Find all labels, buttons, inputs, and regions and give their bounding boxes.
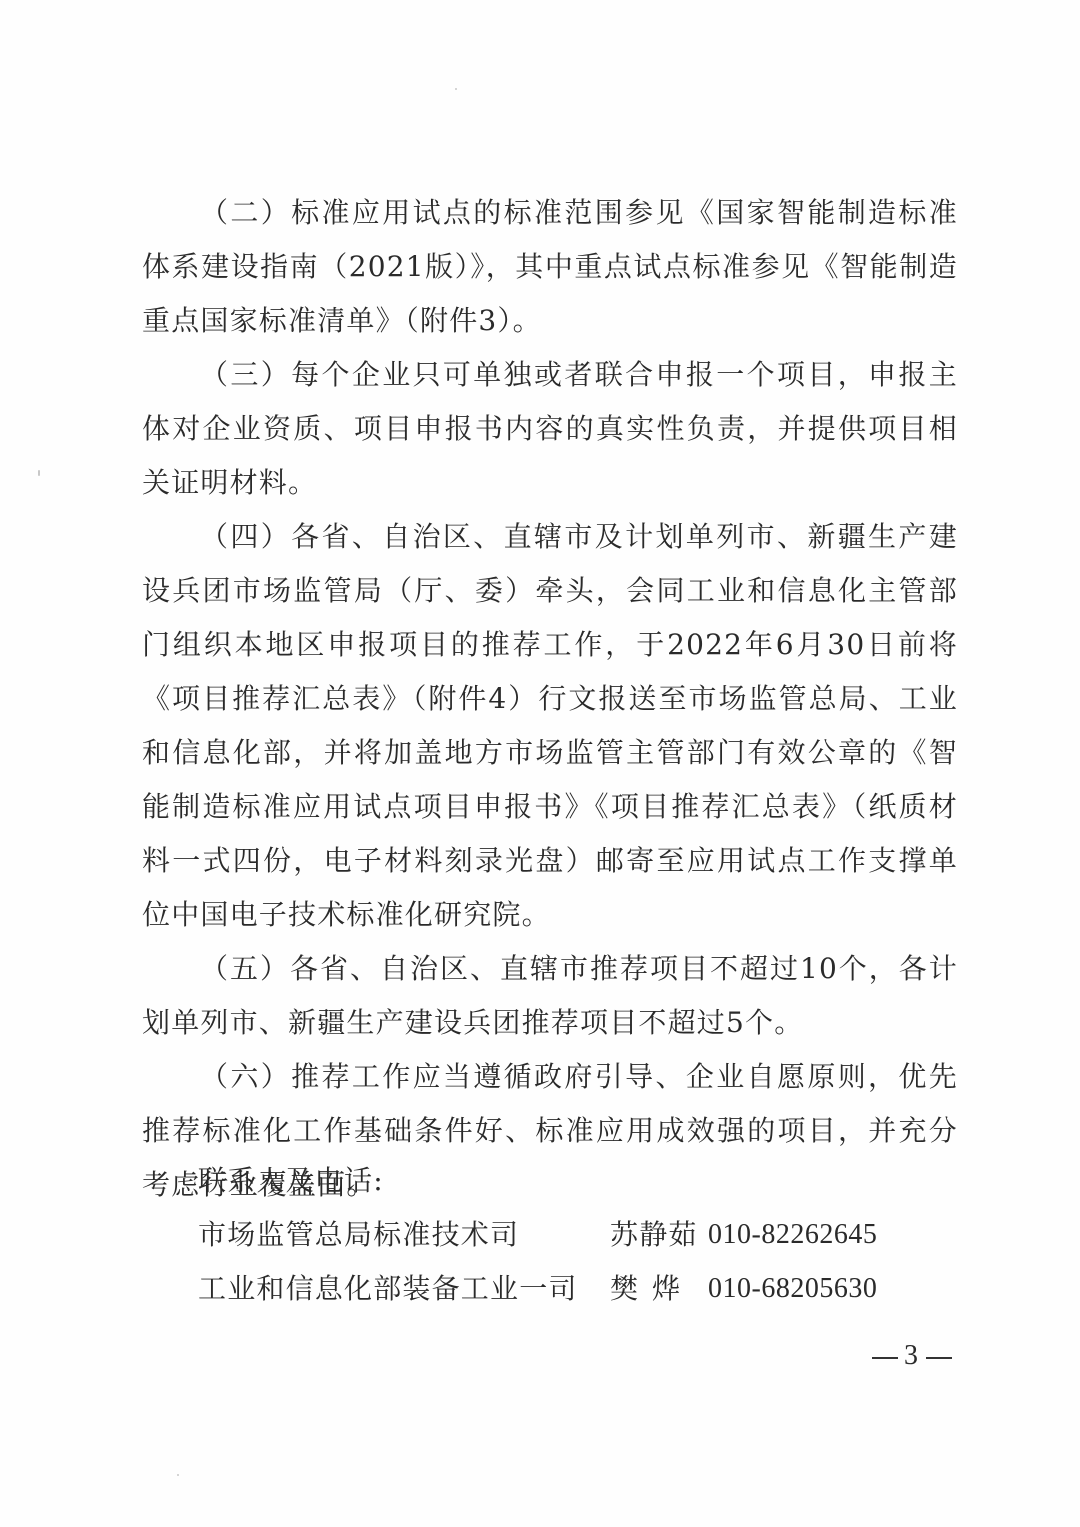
document-page: （二）标准应用试点的标准范围参见《国家智能制造标准体系建设指南（2021版）》，…	[0, 0, 1080, 1527]
contact-phone: 010-68205630	[708, 1262, 877, 1316]
paragraph-4-recommendation-process: （四）各省、自治区、直辖市及计划单列市、新疆生产建设兵团市场监管局（厅、委）牵头…	[142, 510, 958, 942]
contacts-heading: 联系人及电话:	[198, 1154, 918, 1208]
page-number: 3	[866, 1336, 958, 1376]
contact-phone: 010-82262645	[708, 1208, 877, 1262]
contact-department: 市场监管总局标准技术司	[198, 1208, 610, 1262]
page-number-value: 3	[904, 1340, 920, 1371]
contact-name: 樊烨	[610, 1262, 708, 1316]
contacts-section: 联系人及电话: 市场监管总局标准技术司 苏静茹 010-82262645 工业和…	[198, 1154, 918, 1316]
paragraph-2-standard-scope: （二）标准应用试点的标准范围参见《国家智能制造标准体系建设指南（2021版）》，…	[142, 186, 958, 348]
body-text: （二）标准应用试点的标准范围参见《国家智能制造标准体系建设指南（2021版）》，…	[142, 186, 958, 1212]
scan-speck	[177, 1474, 179, 1476]
dash-right	[926, 1357, 952, 1359]
contact-row: 市场监管总局标准技术司 苏静茹 010-82262645	[198, 1208, 918, 1262]
paragraph-5-quota: （五）各省、自治区、直辖市推荐项目不超过10个，各计划单列市、新疆生产建设兵团推…	[142, 942, 958, 1050]
scan-speck	[38, 470, 40, 476]
contact-department: 工业和信息化部装备工业一司	[198, 1262, 610, 1316]
contact-row: 工业和信息化部装备工业一司 樊烨 010-68205630	[198, 1262, 918, 1316]
paragraph-3-application-rules: （三）每个企业只可单独或者联合申报一个项目，申报主体对企业资质、项目申报书内容的…	[142, 348, 958, 510]
scan-speck	[455, 88, 457, 90]
dash-left	[872, 1357, 898, 1359]
contact-name: 苏静茹	[610, 1208, 708, 1262]
